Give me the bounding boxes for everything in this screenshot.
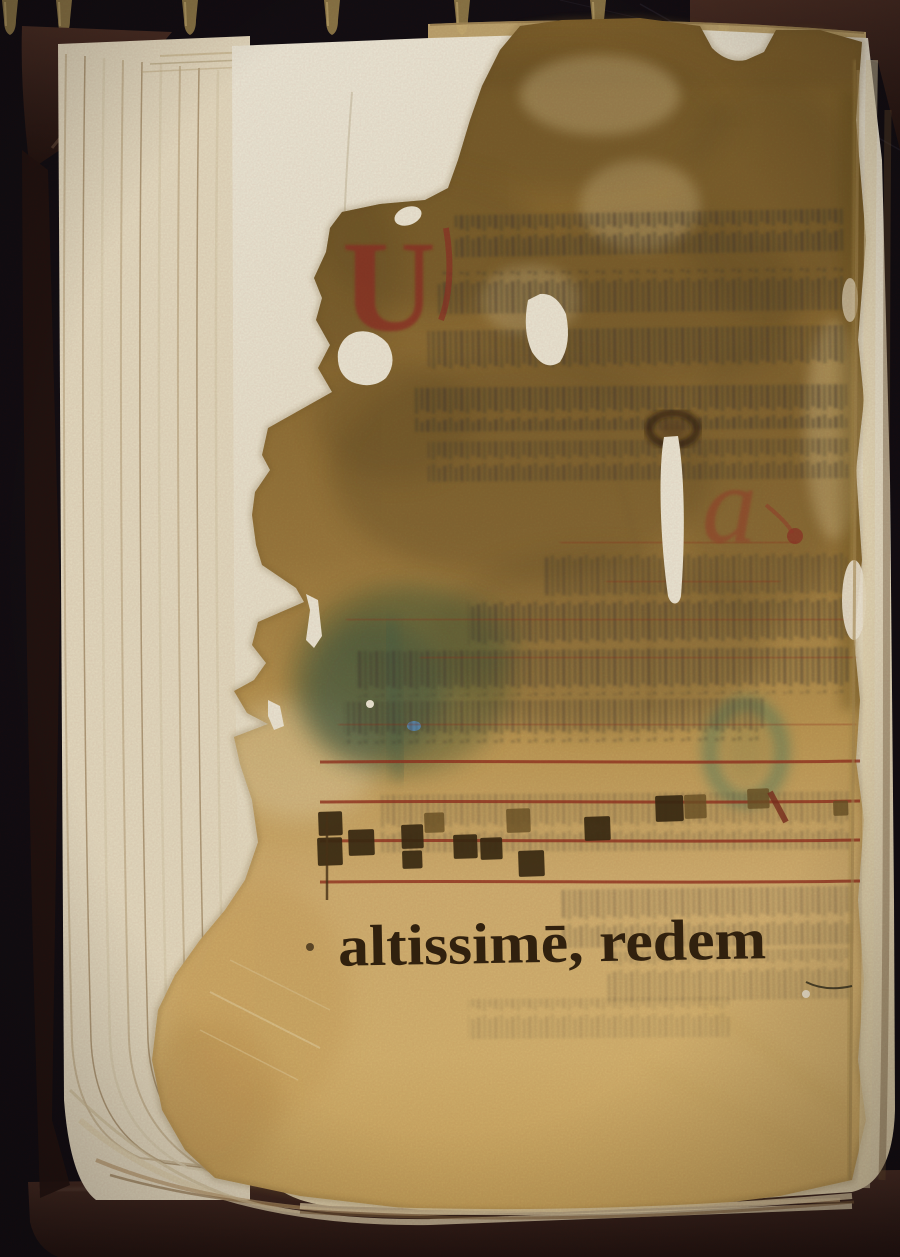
vignette <box>0 0 900 1257</box>
manuscript-scene: U a altissimē, redem <box>0 0 900 1257</box>
manuscript-photo: U a altissimē, redem <box>0 0 900 1257</box>
